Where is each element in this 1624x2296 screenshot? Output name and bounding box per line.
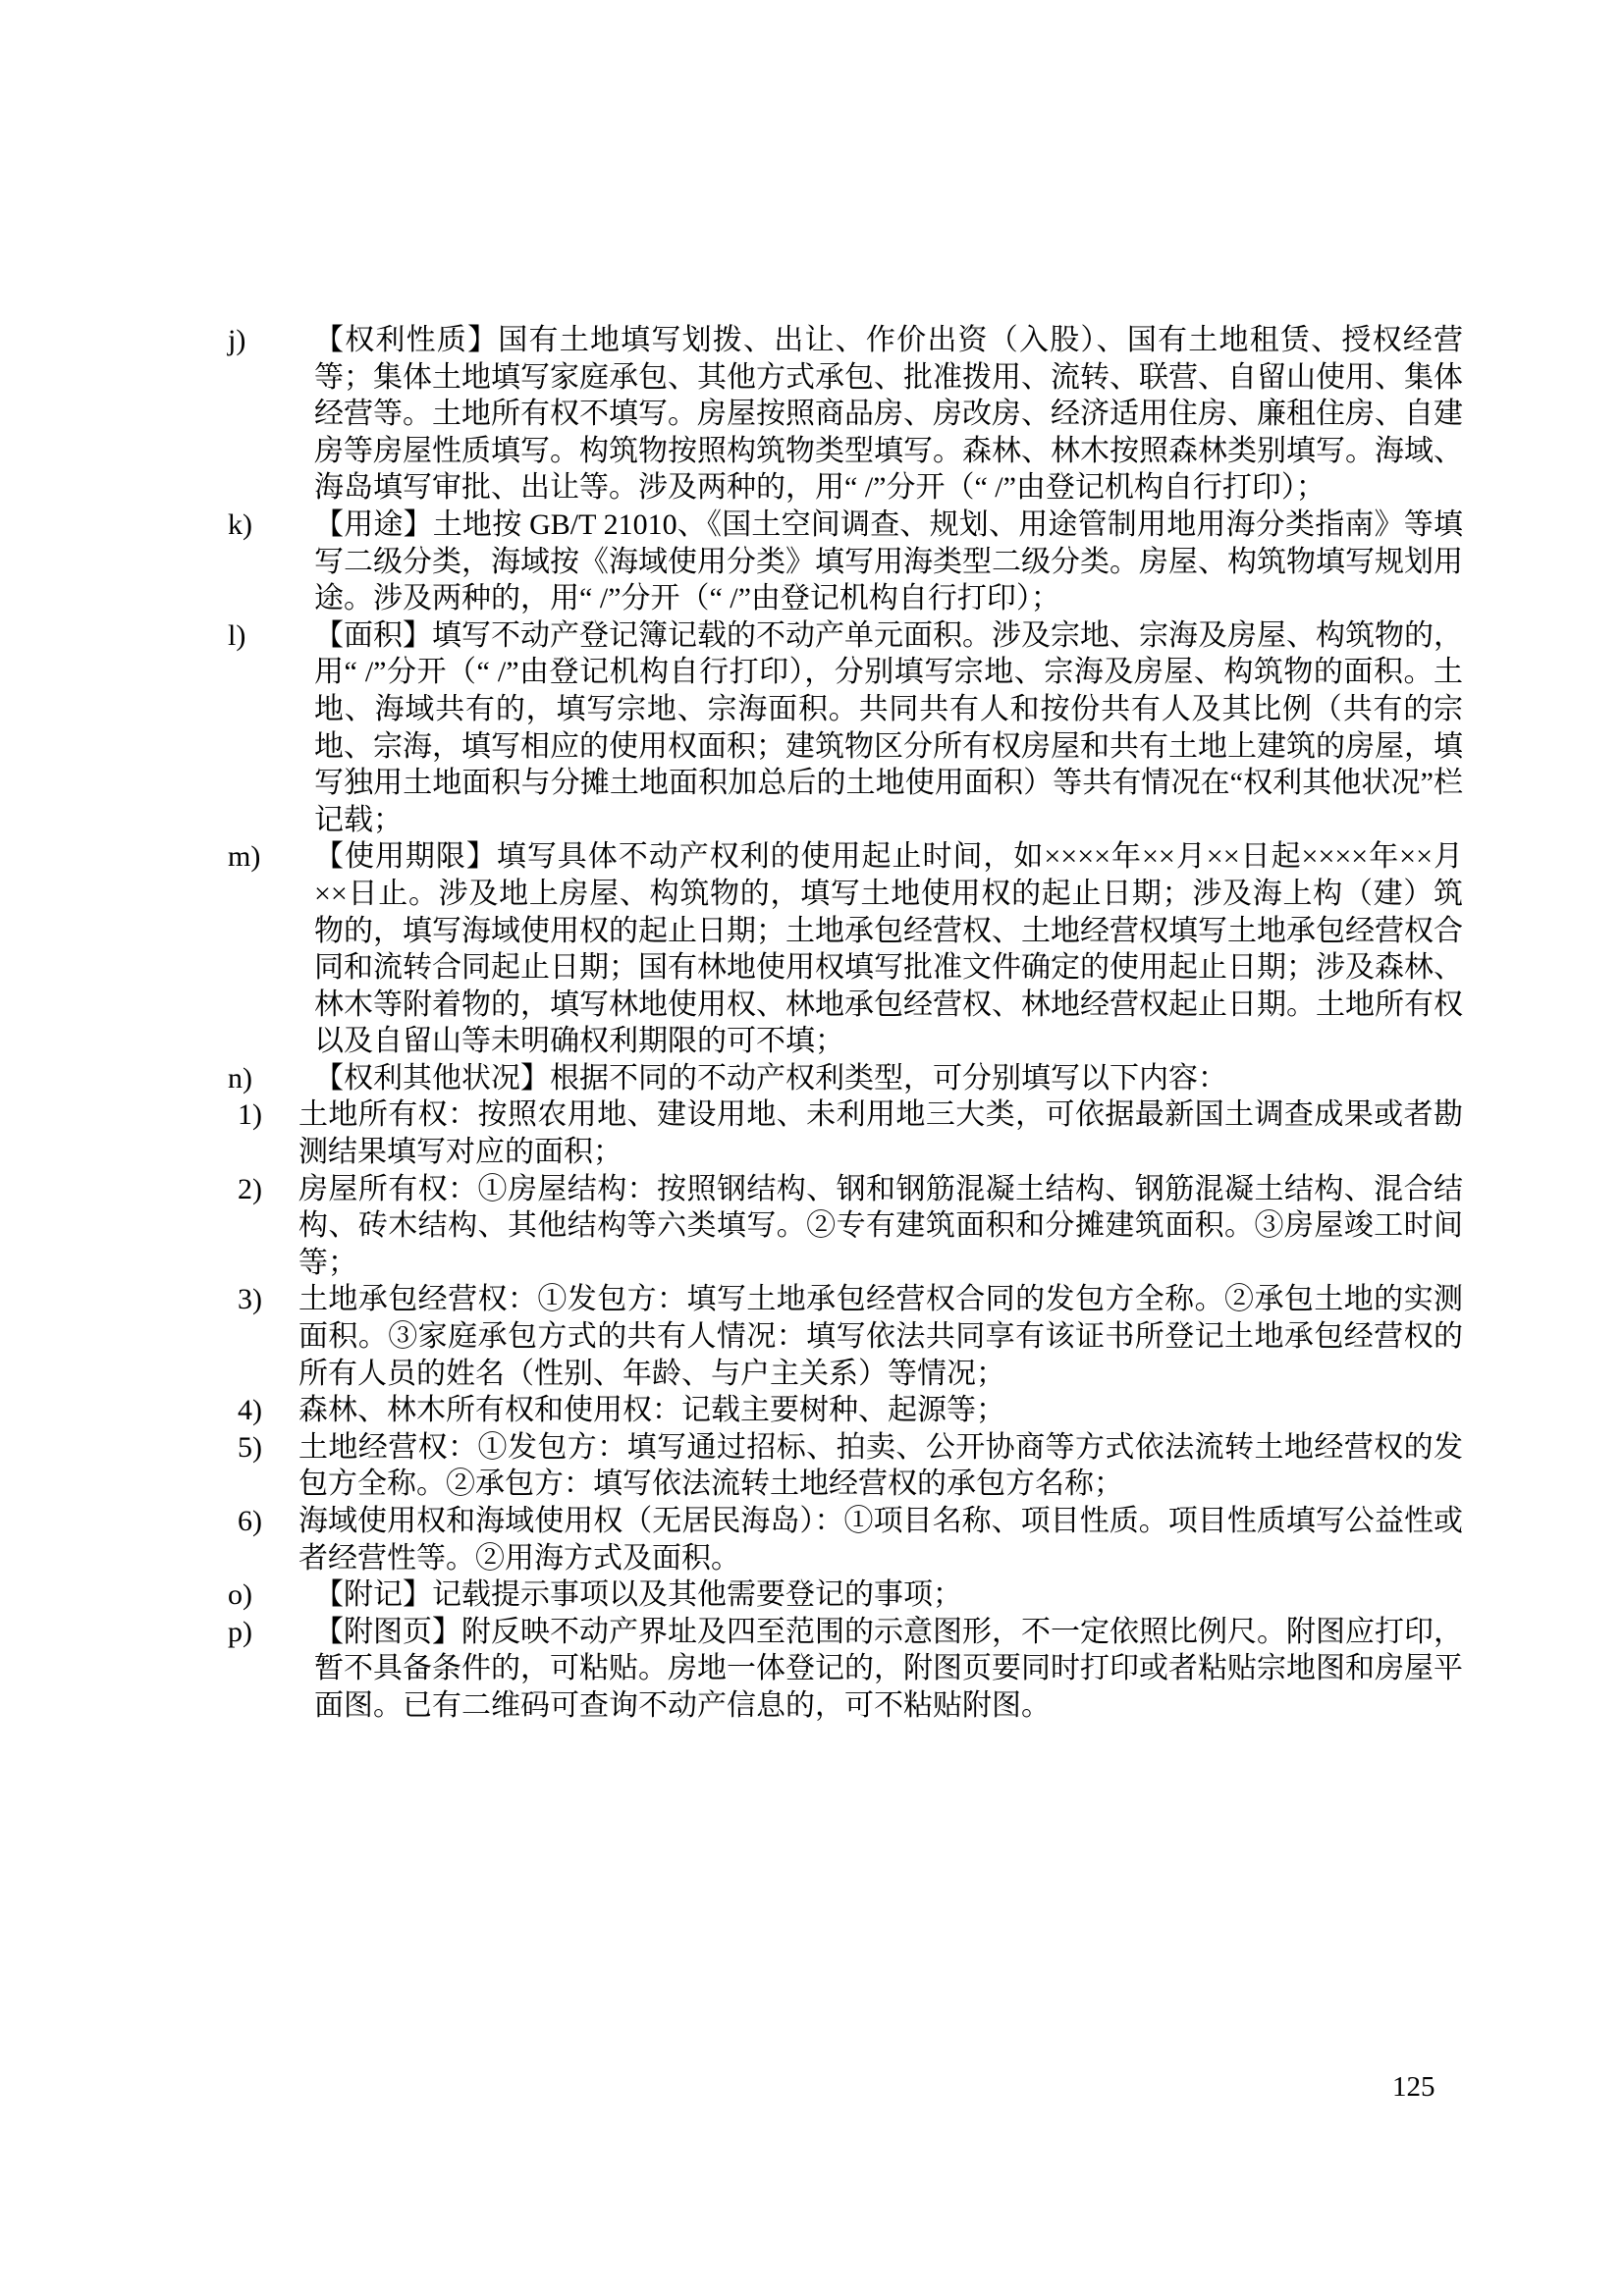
sub-item-label: 6) bbox=[238, 1503, 298, 1540]
document-page: j) 【权利性质】国有土地填写划拨、出让、作价出资（入股）、国有土地租赁、授权经… bbox=[0, 0, 1624, 2296]
item-label: o) bbox=[228, 1576, 314, 1614]
item-text: 【用途】土地按 GB/T 21010、《国土空间调查、规划、用途管制用地用海分类… bbox=[314, 507, 1463, 617]
item-text: 【权利性质】国有土地填写划拨、出让、作价出资（入股）、国有土地租赁、授权经营等；… bbox=[314, 322, 1463, 507]
item-label: k) bbox=[228, 507, 314, 544]
sub-list-item: 6) 海域使用权和海域使用权（无居民海岛）：①项目名称、项目性质。项目性质填写公… bbox=[238, 1503, 1463, 1576]
list-item: o) 【附记】记载提示事项以及其他需要登记的事项； bbox=[228, 1576, 1463, 1614]
list-item: k) 【用途】土地按 GB/T 21010、《国土空间调查、规划、用途管制用地用… bbox=[228, 507, 1463, 617]
sub-list-item: 2) 房屋所有权：①房屋结构：按照钢结构、钢和钢筋混凝土结构、钢筋混凝土结构、混… bbox=[238, 1171, 1463, 1282]
sub-list-item: 3) 土地承包经营权：①发包方：填写土地承包经营权合同的发包方全称。②承包土地的… bbox=[238, 1281, 1463, 1392]
sub-item-label: 5) bbox=[238, 1429, 298, 1467]
sub-item-label: 3) bbox=[238, 1281, 298, 1318]
list-item: j) 【权利性质】国有土地填写划拨、出让、作价出资（入股）、国有土地租赁、授权经… bbox=[228, 322, 1463, 507]
list-item: p) 【附图页】附反映不动产界址及四至范围的示意图形，不一定依照比例尺。附图应打… bbox=[228, 1614, 1463, 1725]
list-item: m) 【使用期限】填写具体不动产权利的使用起止时间，如××××年××月××日起×… bbox=[228, 838, 1463, 1060]
sub-item-label: 2) bbox=[238, 1171, 298, 1208]
item-text: 【使用期限】填写具体不动产权利的使用起止时间，如××××年××月××日起××××… bbox=[314, 838, 1463, 1060]
sub-item-text: 海域使用权和海域使用权（无居民海岛）：①项目名称、项目性质。项目性质填写公益性或… bbox=[298, 1503, 1463, 1576]
item-label: n) bbox=[228, 1060, 314, 1097]
list-item: l) 【面积】填写不动产登记簿记载的不动产单元面积。涉及宗地、宗海及房屋、构筑物… bbox=[228, 617, 1463, 839]
item-text: 【权利其他状况】根据不同的不动产权利类型，可分别填写以下内容： bbox=[314, 1060, 1463, 1097]
sub-list-item: 4) 森林、林木所有权和使用权：记载主要树种、起源等； bbox=[238, 1392, 1463, 1429]
item-label: j) bbox=[228, 322, 314, 359]
lettered-list: j) 【权利性质】国有土地填写划拨、出让、作价出资（入股）、国有土地租赁、授权经… bbox=[228, 322, 1463, 1725]
item-label: p) bbox=[228, 1614, 314, 1651]
item-body: 【权利其他状况】根据不同的不动产权利类型，可分别填写以下内容： bbox=[314, 1060, 1463, 1097]
item-text: 【附图页】附反映不动产界址及四至范围的示意图形，不一定依照比例尺。附图应打印，暂… bbox=[314, 1614, 1463, 1725]
sub-item-text: 土地所有权：按照农用地、建设用地、未利用地三大类，可依据最新国土调查成果或者勘测… bbox=[298, 1096, 1463, 1170]
item-label: m) bbox=[228, 838, 314, 876]
item-text: 【附记】记载提示事项以及其他需要登记的事项； bbox=[314, 1576, 1463, 1614]
item-text: 【面积】填写不动产登记簿记载的不动产单元面积。涉及宗地、宗海及房屋、构筑物的，用… bbox=[314, 617, 1463, 839]
sub-list-item: 5) 土地经营权：①发包方：填写通过招标、拍卖、公开协商等方式依法流转土地经营权… bbox=[238, 1429, 1463, 1503]
item-label: l) bbox=[228, 617, 314, 655]
page-number: 125 bbox=[1392, 2069, 1435, 2105]
sub-item-text: 土地承包经营权：①发包方：填写土地承包经营权合同的发包方全称。②承包土地的实测面… bbox=[298, 1281, 1463, 1392]
sub-item-label: 4) bbox=[238, 1392, 298, 1429]
sub-item-text: 房屋所有权：①房屋结构：按照钢结构、钢和钢筋混凝土结构、钢筋混凝土结构、混合结构… bbox=[298, 1171, 1463, 1282]
sub-item-label: 1) bbox=[238, 1096, 298, 1134]
sub-item-text: 森林、林木所有权和使用权：记载主要树种、起源等； bbox=[298, 1392, 1463, 1429]
sub-item-text: 土地经营权：①发包方：填写通过招标、拍卖、公开协商等方式依法流转土地经营权的发包… bbox=[298, 1429, 1463, 1503]
list-item: n) 【权利其他状况】根据不同的不动产权利类型，可分别填写以下内容： bbox=[228, 1060, 1463, 1097]
sub-list-item: 1) 土地所有权：按照农用地、建设用地、未利用地三大类，可依据最新国土调查成果或… bbox=[238, 1096, 1463, 1170]
